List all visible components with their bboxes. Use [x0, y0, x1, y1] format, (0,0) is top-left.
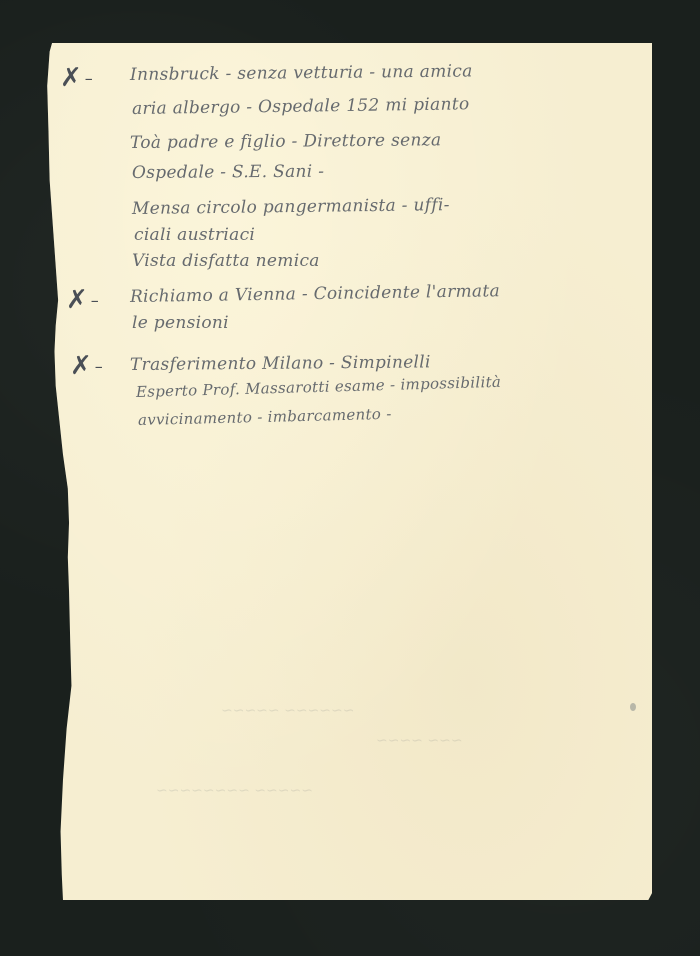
manuscript-line: aria albergo - Ospedale 152 mi pianto: [132, 94, 470, 119]
bleed-through-text: ~~~ ~~~~: [376, 733, 463, 749]
manuscript-line: Toà padre e figlio - Direttore senza: [130, 130, 442, 153]
manuscript-line: Vista disfatta nemica: [132, 251, 320, 271]
manuscript-line: Richiamo a Vienna - Coincidente l'armata: [130, 281, 500, 307]
manuscript-line: le pensioni: [132, 313, 229, 333]
bleed-through-text: ~~~~~~ ~~~~~: [221, 703, 355, 719]
manuscript-line: ciali austriaci: [134, 225, 255, 245]
manuscript-page: ~~~~~~ ~~~~~ ~~~ ~~~~ ~~~~~ ~~~~~~~~ ✗X-…: [46, 43, 652, 900]
cross-mark-icon: ✗–: [66, 287, 99, 313]
manuscript-line: Innsbruck - senza vetturia - una amica: [130, 61, 473, 85]
manuscript-line: Trasferimento Milano - Simpinelli: [130, 352, 431, 375]
manuscript-line: Esperto Prof. Massarotti esame - impossi…: [136, 373, 502, 401]
manuscript-line: Mensa circolo pangermanista - uffi-: [132, 195, 450, 219]
cross-mark-icon: ✗X-–: [60, 65, 93, 91]
paper-stain: [630, 703, 636, 711]
cross-mark-icon: ✗–: [70, 353, 103, 379]
manuscript-line: Ospedale - S.E. Sani -: [132, 162, 324, 183]
manuscript-line: avvicinamento - imbarcamento -: [138, 405, 392, 429]
bleed-through-text: ~~~~~ ~~~~~~~~: [156, 783, 313, 799]
